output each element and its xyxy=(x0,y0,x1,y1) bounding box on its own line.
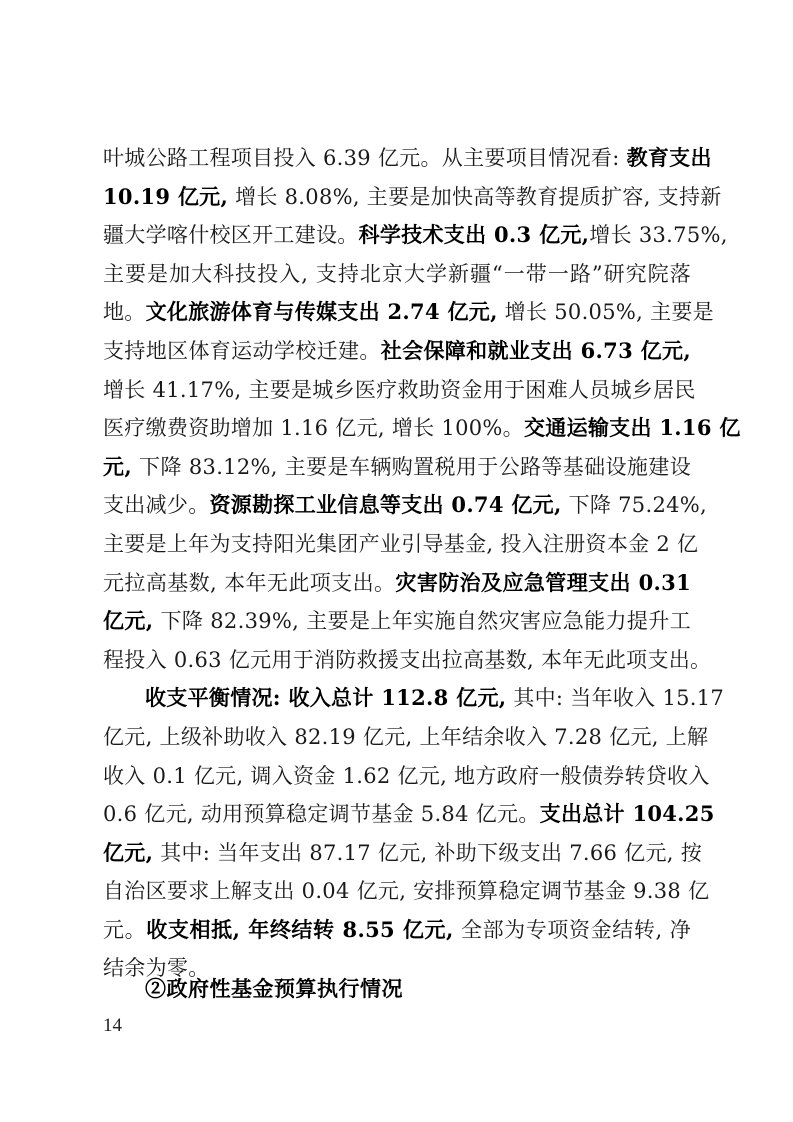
text-line-9: 元, 下降 83.12%, 主要是车辆购置税用于公路等基础设施建设 xyxy=(103,448,691,487)
text-line-11: 主要是上年为支持阳光集团产业引导基金, 投入注册资本金 2 亿 xyxy=(103,525,691,564)
body-text: 叶城公路工程项目投入 6.39 亿元。从主要项目情况看: 教育支出 10.19 … xyxy=(103,139,691,988)
page-number: 14 xyxy=(103,1015,122,1037)
text-line-15: 收支平衡情况: 收入总计 112.8 亿元, 其中: 当年收入 15.17 xyxy=(103,679,691,718)
text-line-18: 0.6 亿元, 动用预算稳定调节基金 5.84 亿元。支出总计 104.25 xyxy=(103,795,691,834)
text-line-8: 医疗缴费资助增加 1.16 亿元, 增长 100%。交通运输支出 1.16 亿 xyxy=(103,409,691,448)
text-line-19: 亿元, 其中: 当年支出 87.17 亿元, 补助下级支出 7.66 亿元, 按 xyxy=(103,834,691,873)
text-line-10: 支出减少。资源勘探工业信息等支出 0.74 亿元, 下降 75.24%, xyxy=(103,486,691,525)
text-line-13: 亿元, 下降 82.39%, 主要是上年实施自然灾害应急能力提升工 xyxy=(103,602,691,641)
text-line-21: 元。收支相抵, 年终结转 8.55 亿元, 全部为专项资金结转, 净 xyxy=(103,911,691,950)
text-line-1: 叶城公路工程项目投入 6.39 亿元。从主要项目情况看: 教育支出 xyxy=(103,139,691,178)
section-heading: ②政府性基金预算执行情况 xyxy=(145,970,403,1008)
text-line-4: 主要是加大科技投入, 支持北京大学新疆“一带一路”研究院落 xyxy=(103,255,691,294)
text-line-5: 地。文化旅游体育与传媒支出 2.74 亿元, 增长 50.05%, 主要是 xyxy=(103,293,691,332)
text-line-20: 自治区要求上解支出 0.04 亿元, 安排预算稳定调节基金 9.38 亿 xyxy=(103,872,691,911)
text-line-2: 10.19 亿元, 增长 8.08%, 主要是加快高等教育提质扩容, 支持新 xyxy=(103,178,691,217)
text-line-12: 元拉高基数, 本年无此项支出。灾害防治及应急管理支出 0.31 xyxy=(103,564,691,603)
text-line-16: 亿元, 上级补助收入 82.19 亿元, 上年结余收入 7.28 亿元, 上解 xyxy=(103,718,691,757)
text-line-3: 疆大学喀什校区开工建设。科学技术支出 0.3 亿元,增长 33.75%, xyxy=(103,216,691,255)
text-line-7: 增长 41.17%, 主要是城乡医疗救助资金用于困难人员城乡居民 xyxy=(103,371,691,410)
text-line-17: 收入 0.1 亿元, 调入资金 1.62 亿元, 地方政府一般债券转贷收入 xyxy=(103,757,691,796)
text-line-14: 程投入 0.63 亿元用于消防救援支出拉高基数, 本年无此项支出。 xyxy=(103,641,691,680)
text-line-6: 支持地区体育运动学校迁建。社会保障和就业支出 6.73 亿元, xyxy=(103,332,691,371)
